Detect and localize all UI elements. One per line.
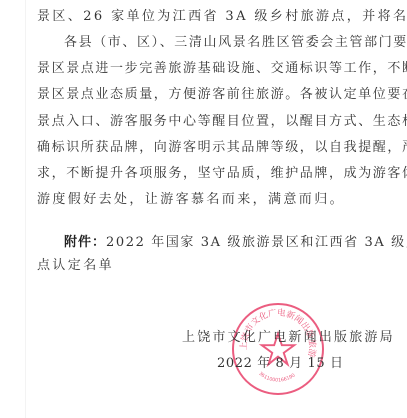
attachment-line-1: 附件：2022 年国家 3A 级旅游景区和江西省 3A 级乡村旅游 — [64, 235, 389, 251]
paragraph-2-line-4: 景点入口、游客服务中心等醒目位置，以醒目方式、生态材质明 — [37, 114, 389, 130]
paragraph-2-line-6: 求，不断提升各项服务，坚守品质，维护品牌，成为游客休闲旅 — [37, 166, 389, 182]
page-margin-line — [25, 0, 26, 418]
paragraph-2-line-1: 各县（市、区）、三清山风景名胜区管委会主管部门要督促 — [64, 35, 389, 51]
official-seal: 上饶市文化广电新闻出版旅游局 3611000166190 — [232, 303, 324, 395]
paragraph-1-line-1: 景区、26 家单位为江西省 3A 级乡村旅游点，并将名单予以公布。 — [37, 9, 389, 25]
document-page: 景区、26 家单位为江西省 3A 级乡村旅游点，并将名单予以公布。 各县（市、区… — [0, 0, 407, 418]
paragraph-2-line-5: 确标识所获品牌，向游客明示其品牌等级，以自我提醒，严格要 — [37, 140, 389, 156]
svg-text:3611000166190: 3611000166190 — [257, 371, 296, 384]
attachment-title: 2022 年国家 3A 级旅游景区和江西省 3A 级乡村旅游 — [106, 235, 407, 250]
paragraph-2-line-7: 游度假好去处，让游客慕名而来，满意而归。 — [37, 192, 389, 208]
seal-star-icon: 上饶市文化广电新闻出版旅游局 3611000166190 — [234, 305, 322, 393]
issue-date: 2022 年 8 月 15 日 — [217, 356, 344, 372]
paragraph-2-line-2: 景区景点进一步完善旅游基础设施、交通标识等工作，不断提升 — [37, 61, 389, 77]
issuing-organization: 上饶市文化广电新闻出版旅游局 — [182, 330, 395, 346]
paragraph-2-line-3: 景区景点业态质量，方便游客前往旅游。各被认定单位要在景区 — [37, 87, 389, 103]
attachment-label: 附件： — [64, 235, 106, 250]
attachment-line-2: 点认定名单 — [37, 258, 389, 274]
